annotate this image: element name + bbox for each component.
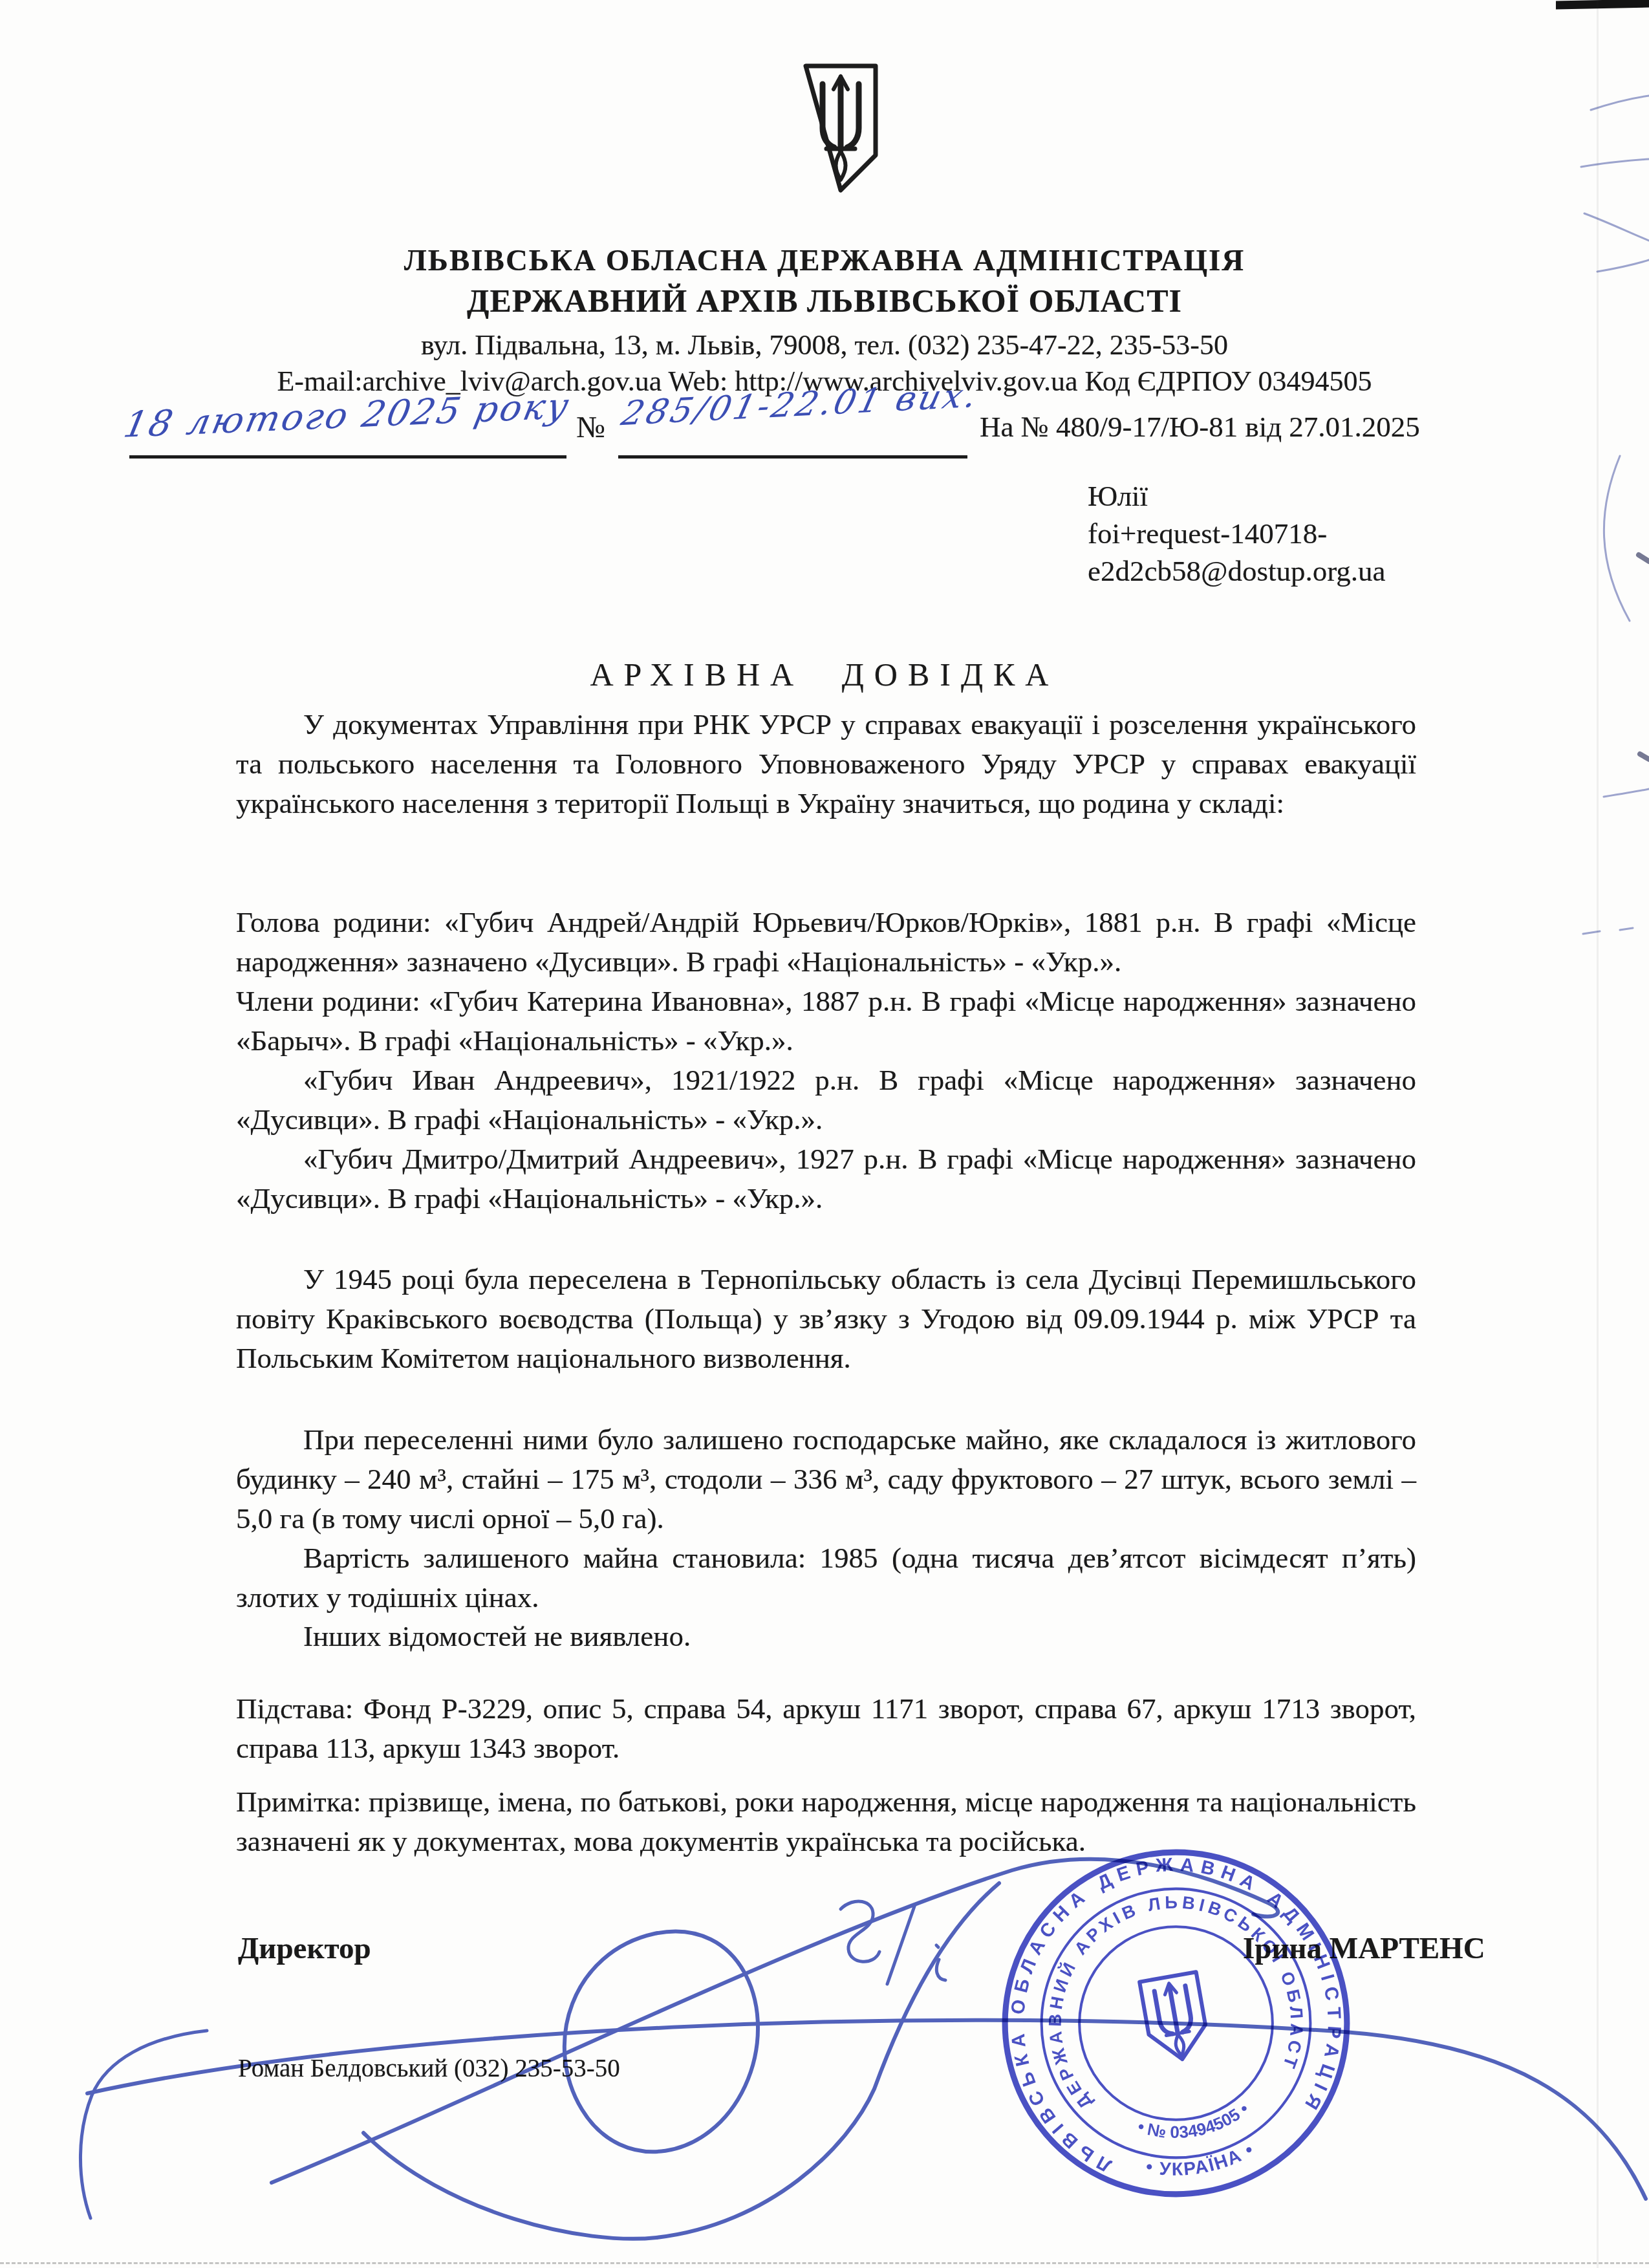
recipient-name: Юлії [1088, 477, 1386, 515]
paragraph-resettlement: У 1945 році була переселена в Тернопільс… [236, 1260, 1416, 1378]
organization-name-line2: ДЕРЖАВНИЙ АРХІВ ЛЬВІВСЬКОЇ ОБЛАСТІ [0, 282, 1649, 319]
paragraph-value: Вартість залишеного майна становила: 198… [236, 1539, 1416, 1617]
paragraph-family-member-1: Члени родини: «Губич Катерина Ивановна»,… [236, 982, 1416, 1061]
address-line: вул. Підвальна, 13, м. Львів, 79008, тел… [0, 329, 1649, 362]
executor-contact: Роман Белдовський (032) 235-53-50 [238, 2054, 620, 2083]
recipient-block: Юлії foi+request-140718- e2d2cb58@dostup… [1088, 477, 1386, 590]
scan-fold-line [1597, 0, 1599, 2268]
director-signature [80, 1859, 1646, 2239]
reply-reference: На № 480/9-17/Ю-81 від 27.01.2025 [980, 410, 1420, 444]
recipient-email-line1: foi+request-140718- [1088, 515, 1386, 552]
document-title: АРХІВНА ДОВІДКА [0, 656, 1649, 693]
paragraph-basis: Підстава: Фонд Р-3229, опис 5, справа 54… [236, 1689, 1416, 1768]
paragraph-intro: У документах Управління при РНК УРСР у с… [236, 705, 1416, 823]
right-margin-pen-marks [1581, 96, 1649, 934]
paragraph-family-head: Голова родини: «Губич Андрей/Андрій Юрье… [236, 903, 1416, 982]
scan-artifact-top-right [1556, 0, 1649, 10]
paragraph-property: При переселенні ними було залишено госпо… [236, 1420, 1416, 1539]
ukraine-trident-emblem-icon [797, 59, 885, 200]
paragraph-no-other-info: Інших відомостей не виявлено. [236, 1617, 1416, 1656]
paragraph-family-member-3: «Губич Дмитро/Дмитрий Андреевич», 1927 р… [236, 1139, 1416, 1218]
organization-name-line1: ЛЬВІВСЬКА ОБЛАСНА ДЕРЖАВНА АДМІНІСТРАЦІЯ [0, 243, 1649, 278]
date-underline [129, 455, 566, 459]
scan-artifact-bottom-edge [0, 2262, 1649, 2264]
number-sign-label: № [576, 410, 605, 445]
signer-position: Директор [238, 1931, 371, 1966]
number-underline [618, 455, 967, 459]
official-round-stamp: ЛЬВІВСЬКА ОБЛАСНА ДЕРЖАВНА АДМІНІСТРАЦІЯ… [964, 1811, 1388, 2235]
paragraph-family-member-2: «Губич Иван Андреевич», 1921/1922 р.н. В… [236, 1061, 1416, 1139]
recipient-email-line2: e2d2cb58@dostup.org.ua [1088, 552, 1386, 590]
scanned-letter-page: ЛЬВІВСЬКА ОБЛАСНА ДЕРЖАВНА АДМІНІСТРАЦІЯ… [0, 0, 1649, 2268]
